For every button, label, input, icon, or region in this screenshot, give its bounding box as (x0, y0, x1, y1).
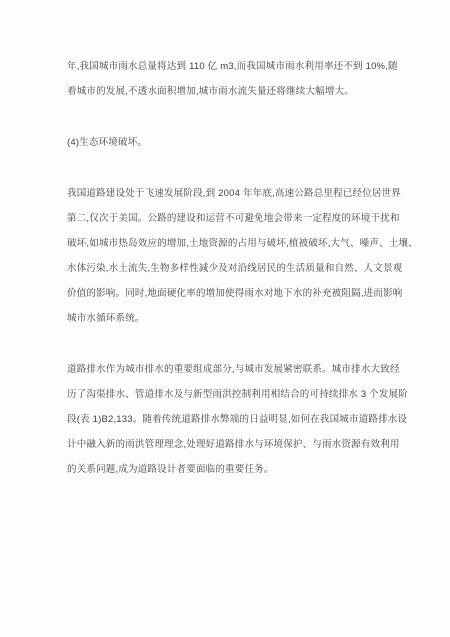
text-line: 的关系问题,成为道路设计者要面临的重要任务。 (67, 457, 383, 482)
paragraph: 道路排水作为城市排水的重要组成部分,与城市发展紧密联系。城市排水大致经 历了沟渠… (67, 357, 383, 482)
document-page: 年,我国城市雨水总量将达到 110 亿 m3,而我国城市雨水利用率还不到 10%… (0, 0, 450, 637)
text-line: 城市水循环系统。 (67, 306, 383, 331)
text-line: 我国道路建设处于飞速发展阶段,到 2004 年年底,高速公路总里程已经位居世界 (67, 181, 383, 206)
text-line: (4)生态环境破坏。 (67, 130, 383, 155)
paragraph: 年,我国城市雨水总量将达到 110 亿 m3,而我国城市雨水利用率还不到 10%… (67, 54, 383, 104)
text-line: 段(表 1)B2,133。随着传统道路排水弊端的日益明显,如何在我国城市道路排水… (67, 407, 383, 432)
text-line: 计中融入新的雨洪管理理念,处理好道路排水与环境保护、与雨水资源有效利用 (67, 432, 383, 457)
paragraph: 我国道路建设处于飞速发展阶段,到 2004 年年底,高速公路总里程已经位居世界 … (67, 181, 383, 331)
text-line: 价值的影响。同时,地面硬化率的增加使得雨水对地下水的补充被阻隔,进而影响 (67, 281, 383, 306)
document-body: 年,我国城市雨水总量将达到 110 亿 m3,而我国城市雨水利用率还不到 10%… (67, 54, 383, 482)
text-line: 道路排水作为城市排水的重要组成部分,与城市发展紧密联系。城市排水大致经 (67, 357, 383, 382)
text-line: 历了沟渠排水、管道排水及与新型雨洪控制利用相结合的可持续排水 3 个发展阶 (67, 382, 383, 407)
paragraph-heading: (4)生态环境破坏。 (67, 130, 383, 155)
text-line: 第二,仅次于美国。公路的建设和运营不可避免地会带来一定程度的环境干扰和 (67, 206, 383, 231)
text-line: 水体污染,水土流失,生物多样性减少及对沿线居民的生活质量和自然、人文景观 (67, 256, 383, 281)
text-line: 着城市的发展,不透水面积增加,城市雨水流失量还将继续大幅增大。 (67, 79, 383, 104)
text-line: 年,我国城市雨水总量将达到 110 亿 m3,而我国城市雨水利用率还不到 10%… (67, 54, 383, 79)
text-line: 破坏,如城市热岛效应的增加,土地资源的占用与破坏,植被破坏,大气、噪声、土壤、 (67, 231, 383, 256)
